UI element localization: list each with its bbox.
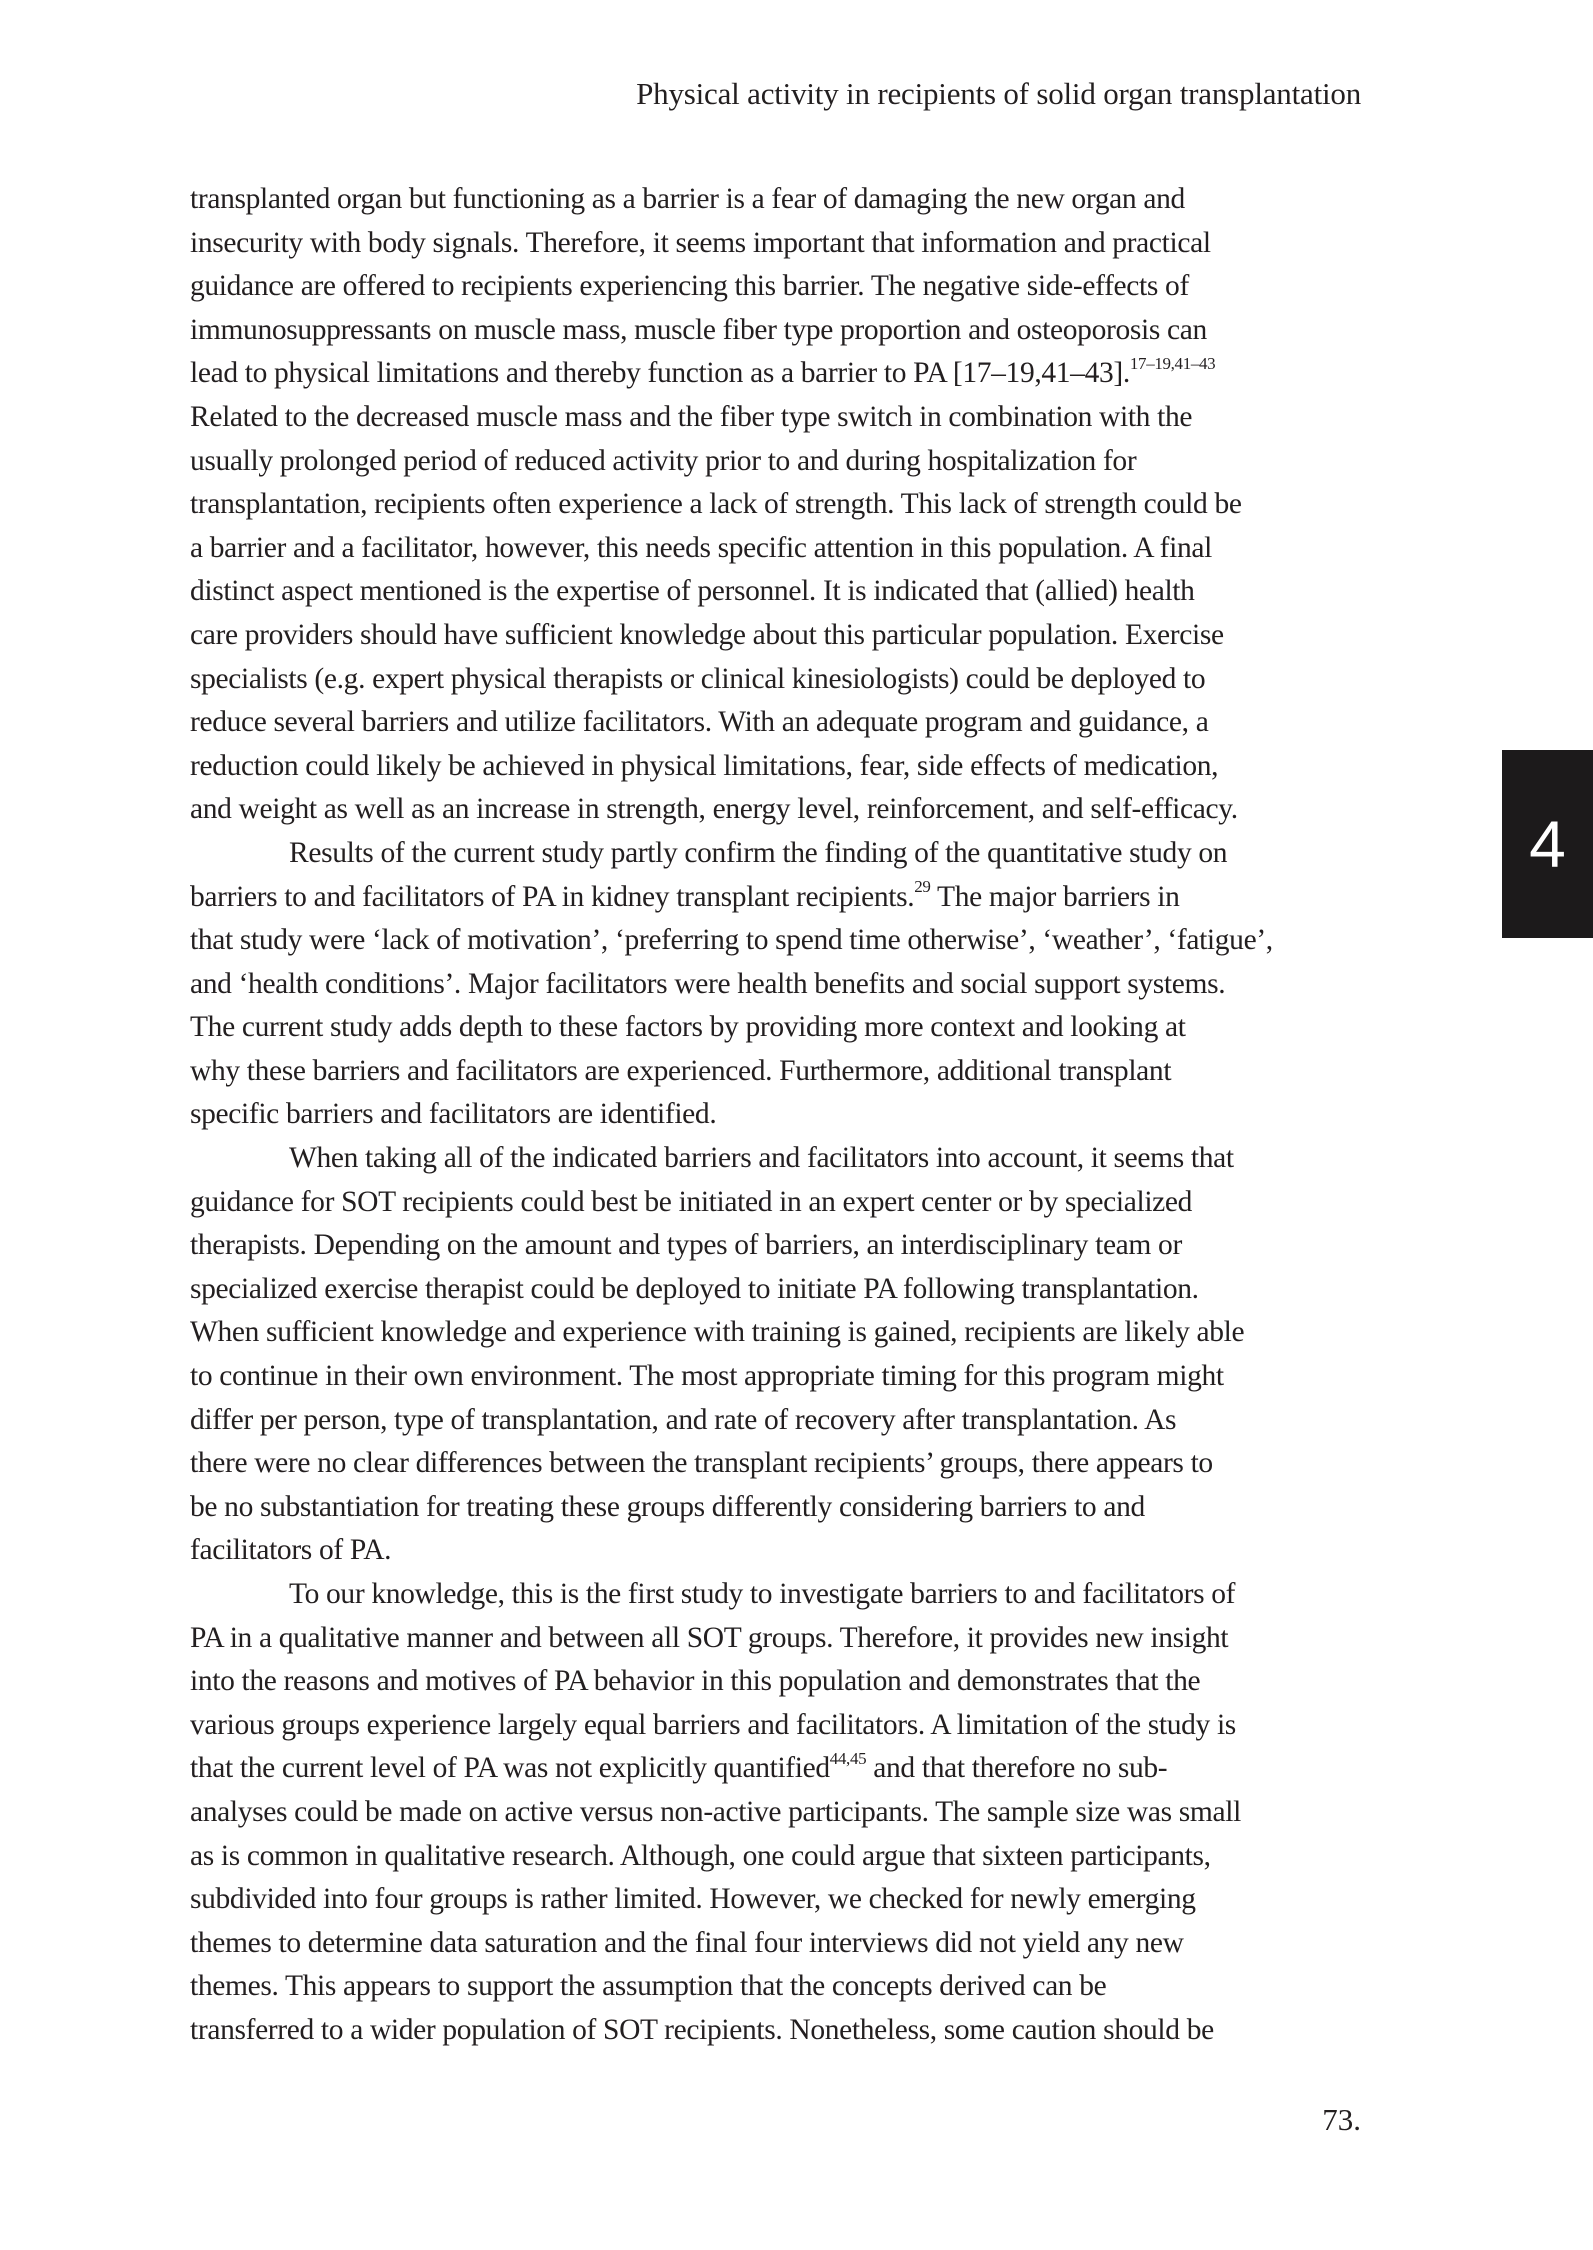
text-line-content: PA in a qualitative manner and between a… xyxy=(190,1622,1228,1654)
text-line: Results of the current study partly conf… xyxy=(190,832,1360,876)
text-line-content: to continue in their own environment. Th… xyxy=(190,1360,1224,1392)
text-line-content: Related to the decreased muscle mass and… xyxy=(190,401,1192,433)
text-line-content: differ per person, type of transplantati… xyxy=(190,1404,1176,1436)
text-line-content: To our knowledge, this is the first stud… xyxy=(289,1578,1235,1610)
text-line: immunosuppressants on muscle mass, muscl… xyxy=(190,309,1360,353)
text-line: guidance are offered to recipients exper… xyxy=(190,265,1360,309)
text-line: guidance for SOT recipients could best b… xyxy=(190,1181,1360,1225)
text-line-content: Results of the current study partly conf… xyxy=(289,837,1227,869)
text-line-content: various groups experience largely equal … xyxy=(190,1709,1236,1741)
text-line: When sufficient knowledge and experience… xyxy=(190,1311,1360,1355)
text-line: The current study adds depth to these fa… xyxy=(190,1006,1360,1050)
text-line-content: immunosuppressants on muscle mass, muscl… xyxy=(190,314,1207,346)
text-line: therapists. Depending on the amount and … xyxy=(190,1224,1360,1268)
text-line-content: and ‘health conditions’. Major facilitat… xyxy=(190,968,1225,1000)
text-line-content: specialists (e.g. expert physical therap… xyxy=(190,663,1205,695)
text-line: transplantation, recipients often experi… xyxy=(190,483,1360,527)
text-line-content: guidance are offered to recipients exper… xyxy=(190,270,1189,302)
text-line: that study were ‘lack of motivation’, ‘p… xyxy=(190,919,1360,963)
text-line-content: and weight as well as an increase in str… xyxy=(190,793,1238,825)
text-line-content: reduce several barriers and utilize faci… xyxy=(190,706,1208,738)
text-line-content: specialized exercise therapist could be … xyxy=(190,1273,1199,1305)
text-line: subdivided into four groups is rather li… xyxy=(190,1878,1360,1922)
text-line: and weight as well as an increase in str… xyxy=(190,788,1360,832)
text-line: barriers to and facilitators of PA in ki… xyxy=(190,876,1360,920)
text-line: Related to the decreased muscle mass and… xyxy=(190,396,1360,440)
text-line-content: insecurity with body signals. Therefore,… xyxy=(190,227,1211,259)
text-line-content: themes. This appears to support the assu… xyxy=(190,1970,1106,2002)
page-number: 73. xyxy=(1322,2100,1361,2140)
text-line: and ‘health conditions’. Major facilitat… xyxy=(190,963,1360,1007)
text-line-content: barriers to and facilitators of PA in ki… xyxy=(190,881,914,913)
text-line: there were no clear differences between … xyxy=(190,1442,1360,1486)
text-line-content: that study were ‘lack of motivation’, ‘p… xyxy=(190,924,1273,956)
text-line-content: analyses could be made on active versus … xyxy=(190,1796,1241,1828)
text-line-content: there were no clear differences between … xyxy=(190,1447,1213,1479)
text-line: that the current level of PA was not exp… xyxy=(190,1747,1360,1791)
text-line-content: transplanted organ but functioning as a … xyxy=(190,183,1185,215)
text-line: specialized exercise therapist could be … xyxy=(190,1268,1360,1312)
text-line: When taking all of the indicated barrier… xyxy=(190,1137,1360,1181)
text-line-content: distinct aspect mentioned is the experti… xyxy=(190,575,1195,607)
citation-superscript: 29 xyxy=(914,877,930,896)
citation-superscript: 44,45 xyxy=(830,1749,867,1768)
text-line: to continue in their own environment. Th… xyxy=(190,1355,1360,1399)
text-line-content: as is common in qualitative research. Al… xyxy=(190,1840,1211,1872)
text-line: care providers should have sufficient kn… xyxy=(190,614,1360,658)
text-line: transferred to a wider population of SOT… xyxy=(190,2009,1360,2053)
text-line: PA in a qualitative manner and between a… xyxy=(190,1617,1360,1661)
text-line-content: When taking all of the indicated barrier… xyxy=(289,1142,1234,1174)
text-line-content: why these barriers and facilitators are … xyxy=(190,1055,1171,1087)
text-line-continuation: and that therefore no sub- xyxy=(866,1752,1167,1784)
text-line: as is common in qualitative research. Al… xyxy=(190,1835,1360,1879)
text-line: reduction could likely be achieved in ph… xyxy=(190,745,1360,789)
text-line: themes. This appears to support the assu… xyxy=(190,1965,1360,2009)
text-line-content: The current study adds depth to these fa… xyxy=(190,1011,1186,1043)
text-line: reduce several barriers and utilize faci… xyxy=(190,701,1360,745)
text-line-content: transferred to a wider population of SOT… xyxy=(190,2014,1214,2046)
text-line: various groups experience largely equal … xyxy=(190,1704,1360,1748)
text-line-content: therapists. Depending on the amount and … xyxy=(190,1229,1182,1261)
text-line: be no substantiation for treating these … xyxy=(190,1486,1360,1530)
citation-superscript: 17–19,41–43 xyxy=(1130,354,1215,373)
text-line: transplanted organ but functioning as a … xyxy=(190,178,1360,222)
text-line-content: a barrier and a facilitator, however, th… xyxy=(190,532,1212,564)
text-line-content: be no substantiation for treating these … xyxy=(190,1491,1145,1523)
chapter-tab: 4 xyxy=(1502,750,1593,938)
text-line-content: usually prolonged period of reduced acti… xyxy=(190,445,1136,477)
text-line-content: themes to determine data saturation and … xyxy=(190,1927,1184,1959)
text-line: lead to physical limitations and thereby… xyxy=(190,352,1360,396)
text-line: specific barriers and facilitators are i… xyxy=(190,1093,1360,1137)
text-line: themes to determine data saturation and … xyxy=(190,1922,1360,1966)
text-line: analyses could be made on active versus … xyxy=(190,1791,1360,1835)
text-line-content: into the reasons and motives of PA behav… xyxy=(190,1665,1200,1697)
text-line-content: When sufficient knowledge and experience… xyxy=(190,1316,1244,1348)
text-line-content: that the current level of PA was not exp… xyxy=(190,1752,830,1784)
text-line-content: facilitators of PA. xyxy=(190,1534,391,1566)
text-line-content: transplantation, recipients often experi… xyxy=(190,488,1242,520)
text-line-content: specific barriers and facilitators are i… xyxy=(190,1098,716,1130)
text-line: To our knowledge, this is the first stud… xyxy=(190,1573,1360,1617)
text-line: why these barriers and facilitators are … xyxy=(190,1050,1360,1094)
text-line: a barrier and a facilitator, however, th… xyxy=(190,527,1360,571)
text-line: facilitators of PA. xyxy=(190,1529,1360,1573)
text-line-content: reduction could likely be achieved in ph… xyxy=(190,750,1218,782)
text-line: specialists (e.g. expert physical therap… xyxy=(190,658,1360,702)
running-header: Physical activity in recipients of solid… xyxy=(636,74,1361,114)
text-line-content: guidance for SOT recipients could best b… xyxy=(190,1186,1192,1218)
text-line: insecurity with body signals. Therefore,… xyxy=(190,222,1360,266)
text-line: differ per person, type of transplantati… xyxy=(190,1399,1360,1443)
text-line: distinct aspect mentioned is the experti… xyxy=(190,570,1360,614)
body-text: transplanted organ but functioning as a … xyxy=(190,178,1360,2053)
text-line-content: subdivided into four groups is rather li… xyxy=(190,1883,1196,1915)
chapter-number: 4 xyxy=(1529,811,1566,877)
text-line: usually prolonged period of reduced acti… xyxy=(190,440,1360,484)
text-line-content: care providers should have sufficient kn… xyxy=(190,619,1224,651)
text-line-content: lead to physical limitations and thereby… xyxy=(190,357,1130,389)
text-line-continuation: The major barriers in xyxy=(931,881,1180,913)
text-line: into the reasons and motives of PA behav… xyxy=(190,1660,1360,1704)
